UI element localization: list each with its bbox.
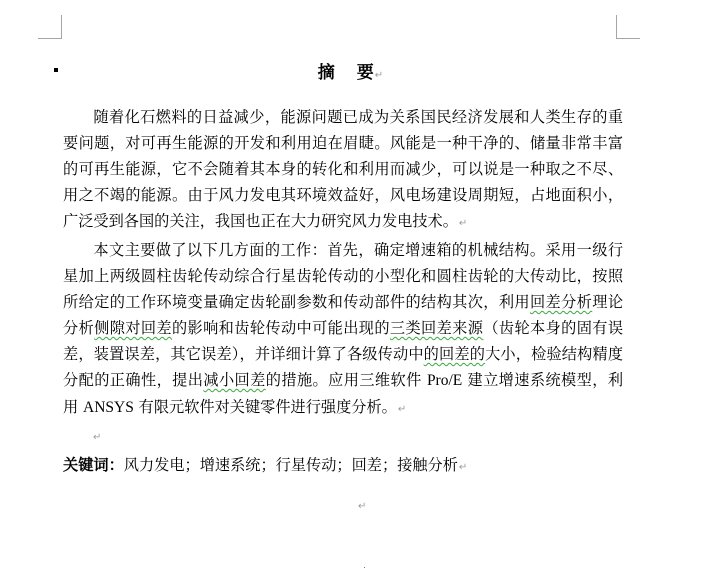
title-char-2: 要 <box>357 63 374 83</box>
paragraph-text: 的措施。应用三维软件 <box>266 371 427 389</box>
grammar-flagged-text: 回差分析 <box>530 293 592 311</box>
empty-paragraph-mark-icon: ↵ <box>358 501 366 512</box>
paragraph-text: 随着化石燃料的日益减少，能源问题已成为关系国民经济发展和人类生存的重要问题，对可… <box>63 108 623 230</box>
abstract-paragraph-1[interactable]: 随着化石燃料的日益减少，能源问题已成为关系国民经济发展和人类生存的重要问题，对可… <box>63 104 623 237</box>
grammar-flagged-text: 侧隙对回差 <box>94 319 172 337</box>
paragraph-mark-icon: ↵ <box>375 70 383 81</box>
grammar-flagged-text: 减小回差 <box>203 371 265 389</box>
title-char-1: 摘 <box>318 63 335 83</box>
abstract-paragraph-2[interactable]: 本文主要做了以下几方面的工作：首先，确定增速箱的机械结构。采用一级行星加上两级圆… <box>63 237 623 423</box>
paragraph-text: 的影响和齿轮传动中可能出现的 <box>172 319 390 337</box>
latin-term: ANSYS <box>83 399 134 416</box>
paragraph-mark-icon: ↵ <box>459 218 467 229</box>
keywords-label: 关键词： <box>63 456 124 474</box>
grammar-flagged-text: 的回差的 <box>424 345 485 363</box>
page-bottom-dot <box>364 567 365 568</box>
page-corner-mark-top-left <box>38 15 62 39</box>
paragraph-mark-icon: ↵ <box>459 462 467 473</box>
paragraph-mark-icon: ↵ <box>398 404 406 415</box>
paragraph-text: 有限元软件对关键零件进行强度分析。 <box>134 398 397 416</box>
latin-term: Pro/E <box>427 372 462 389</box>
page-corner-mark-top-right <box>616 15 640 39</box>
abstract-title: 摘要↵ <box>0 58 701 83</box>
abstract-body[interactable]: 随着化石燃料的日益减少，能源问题已成为关系国民经济发展和人类生存的重要问题，对可… <box>63 104 623 423</box>
keywords-value: 风力发电；增速系统；行星传动；回差；接触分析 <box>124 456 458 474</box>
grammar-flagged-text: 三类回差来源 <box>390 319 483 337</box>
empty-paragraph-mark-icon: ↵ <box>93 432 101 443</box>
keywords-line[interactable]: 关键词：风力发电；增速系统；行星传动；回差；接触分析↵ <box>63 452 467 481</box>
